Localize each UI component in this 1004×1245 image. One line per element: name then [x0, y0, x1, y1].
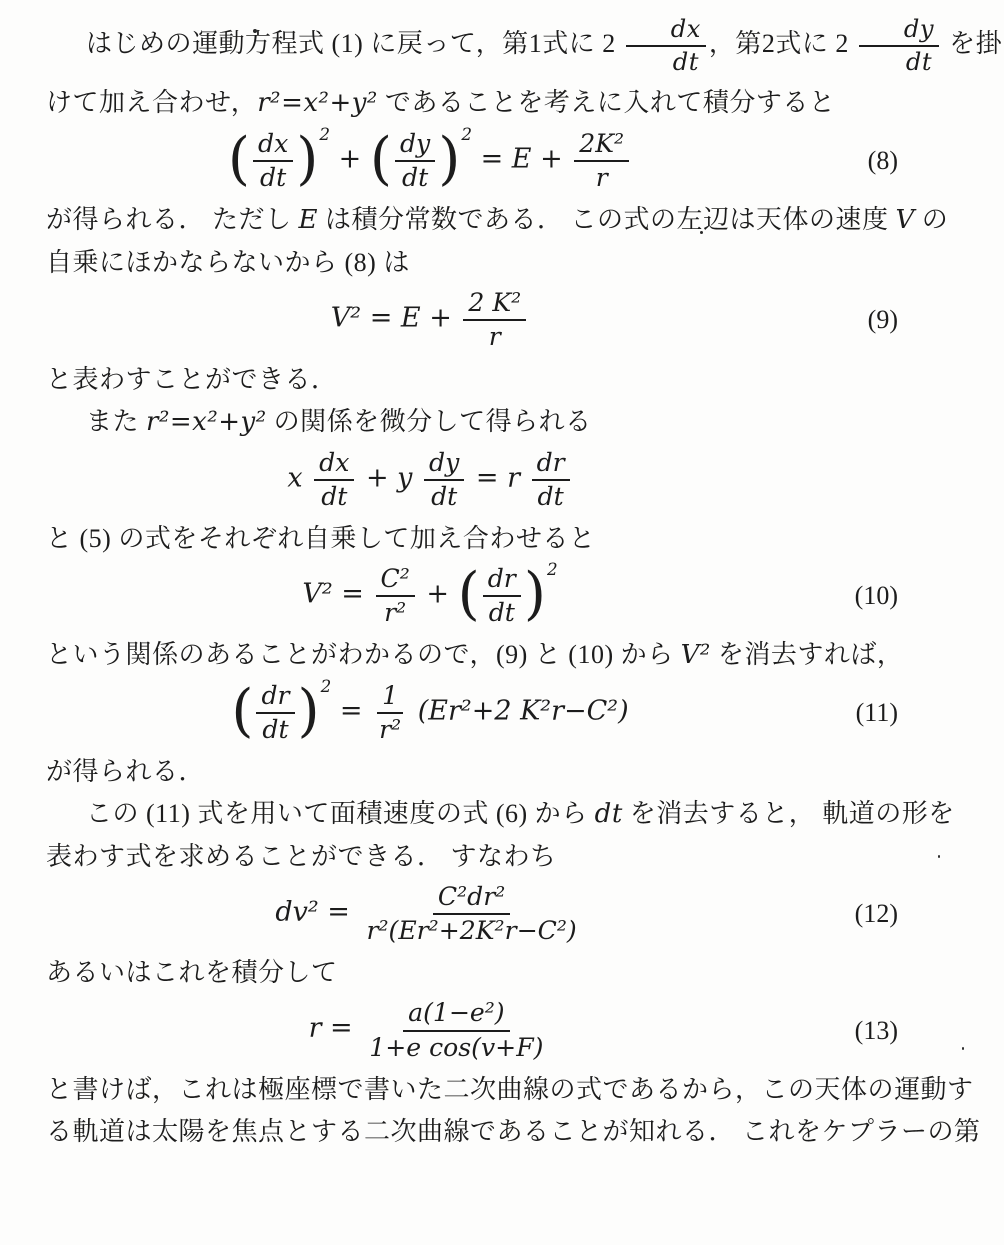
fraction: a(1−e²)1+e cos(v+F)	[364, 999, 548, 1061]
exponent: 2	[319, 124, 330, 144]
fraction-numerator: a(1−e²)	[403, 999, 510, 1031]
fraction-numerator: C²dr²	[433, 883, 510, 915]
equation-number: (9)	[868, 305, 898, 335]
fraction-numerator: 2 K²	[463, 289, 526, 321]
fraction-denominator: 1+e cos(v+F)	[364, 1032, 548, 1062]
fraction: drdt	[483, 565, 521, 627]
scan-speck	[938, 855, 940, 858]
text-line: る軌道は太陽を焦点とする二次曲線であることが知れる． これをケプラーの第	[46, 1116, 964, 1147]
text-line: が得られる． ただし E は積分常数である． この式の左辺は天体の速度 V の	[46, 204, 964, 236]
fraction: 2 K²r	[463, 289, 526, 351]
fraction-denominator: dt	[255, 162, 291, 192]
equation-row: r = a(1−e²)1+e cos(v+F)(13)	[46, 999, 964, 1061]
fraction-numerator: dy	[395, 130, 435, 162]
math-run: r²=x²+y²	[257, 88, 378, 118]
equation-number: (13)	[855, 1016, 898, 1046]
equation-row: (dxdt)2 + (dydt)2 = E + 2K²r(8)	[46, 130, 964, 192]
text-line: と (5) の式をそれぞれ自乗して加え合わせると	[46, 523, 964, 554]
equation-number: (11)	[856, 698, 898, 728]
text-run: という関係のあることがわかるので，(9) と (10) から	[46, 640, 681, 669]
math-run: V² = E +	[331, 303, 461, 334]
math-run: + y	[357, 462, 421, 493]
paren-fraction: (dxdt)2	[228, 130, 330, 192]
text-line: という関係のあることがわかるので，(9) と (10) から V² を消去すれば…	[46, 639, 964, 671]
fraction: dxdt	[253, 130, 293, 192]
equation-number: (12)	[855, 899, 898, 929]
text-run: と書けば，これは極座標で書いた二次曲線の式であるから，この天体の運動す	[46, 1075, 974, 1104]
scan-speck	[962, 1047, 964, 1050]
math-run: =	[331, 695, 371, 726]
text-run: が得られる． ただし	[46, 205, 299, 234]
equation: (dxdt)2 + (dydt)2 = E + 2K²r	[228, 130, 632, 192]
equation: x dxdt + y dydt = r drdt	[287, 449, 572, 511]
text-run: を消去すると， 軌道の形を	[623, 799, 955, 828]
text-line: が得られる．	[46, 756, 964, 787]
fraction-numerator: dr	[483, 565, 521, 597]
equation: (drdt)2 = 1r² (Er²+2 K²r−C²)	[231, 682, 628, 744]
exponent: 2	[461, 124, 472, 144]
text-run: であることを考えに入れて積分すると	[378, 88, 836, 117]
fraction-denominator: dt	[861, 47, 937, 76]
fraction-numerator: dy	[424, 449, 464, 481]
text-line: あるいはこれを積分して	[46, 957, 964, 988]
text-run: る軌道は太陽を焦点とする二次曲線であることが知れる． これをケプラーの第	[46, 1117, 981, 1146]
text-run: を消去すれば，	[711, 640, 904, 669]
equation-row: V² = E + 2 K²r(9)	[46, 289, 964, 351]
fraction: 2K²r	[574, 130, 629, 192]
math-run: +	[418, 578, 458, 609]
text-line: と表わすことができる．	[46, 364, 964, 395]
fraction: drdt	[256, 682, 294, 744]
text-run: 自乗にほかならないから (8) は	[46, 248, 410, 277]
fraction-denominator: dt	[533, 481, 569, 511]
math-run: r =	[309, 1013, 362, 1044]
text-line: 自乗にほかならないから (8) は	[46, 247, 964, 278]
fraction-denominator: r²	[379, 597, 411, 627]
page-content: はじめの運動方程式 (1) に戻って，第1式に 2 dxdt，第2式に 2 dy…	[46, 16, 964, 1147]
equation: dv² = C²dr²r²(Er²+2K²r−C²)	[275, 883, 584, 945]
text-run: けて加え合わせ，	[46, 88, 257, 117]
fraction-numerator: dx	[626, 16, 706, 47]
paren-fraction: (drdt)2	[458, 565, 558, 627]
fraction-denominator: dt	[316, 481, 352, 511]
equation-row: x dxdt + y dydt = r drdt	[46, 449, 964, 511]
fraction-numerator: dy	[859, 16, 939, 47]
fraction-numerator: C²	[376, 565, 415, 597]
text-run: の関係を微分して得られる	[267, 407, 592, 436]
text-run: と (5) の式をそれぞれ自乗して加え合わせると	[46, 524, 595, 553]
equation: V² = E + 2 K²r	[331, 289, 529, 351]
paren-fraction: (drdt)2	[231, 682, 331, 744]
text-run: が得られる．	[46, 757, 205, 786]
text-run: はじめの運動方程式 (1) に戻って，第1式に 2	[86, 29, 623, 58]
text-run: の	[915, 205, 949, 234]
math-run: E	[299, 205, 318, 235]
fraction: dydt	[395, 130, 435, 192]
fraction-numerator: 2K²	[574, 130, 629, 162]
text-run: は積分常数である． この式の左辺は天体の速度	[318, 205, 896, 234]
equation-number: (8)	[868, 146, 898, 176]
equation-row: V² = C²r² + (drdt)2(10)	[46, 565, 964, 627]
fraction: dydt	[859, 16, 939, 76]
math-run: r²=x²+y²	[146, 407, 267, 437]
equation-row: dv² = C²dr²r²(Er²+2K²r−C²)(12)	[46, 883, 964, 945]
exponent: 2	[321, 676, 332, 696]
math-run: x	[287, 462, 311, 493]
text-line: けて加え合わせ，r²=x²+y² であることを考えに入れて積分すると	[46, 87, 964, 119]
text-run: 表わす式を求めることができる． すなわち	[46, 842, 557, 871]
fraction-numerator: dx	[314, 449, 354, 481]
text-run: と表わすことができる．	[46, 365, 338, 394]
equation: r = a(1−e²)1+e cos(v+F)	[309, 999, 552, 1061]
math-run: = E +	[472, 143, 571, 174]
math-run: = r	[467, 462, 528, 493]
equation: V² = C²r² + (drdt)2	[302, 565, 557, 627]
fraction-denominator: r²(Er²+2K²r−C²)	[361, 915, 581, 945]
scanned-page: はじめの運動方程式 (1) に戻って，第1式に 2 dxdt，第2式に 2 dy…	[0, 0, 1004, 1245]
fraction: dxdt	[626, 16, 706, 76]
equation-number: (10)	[855, 581, 898, 611]
text-run: また	[86, 407, 146, 436]
fraction-numerator: dr	[532, 449, 570, 481]
fraction-denominator: dt	[426, 481, 462, 511]
fraction: C²dr²r²(Er²+2K²r−C²)	[361, 883, 581, 945]
math-run: V²	[681, 640, 711, 670]
scan-speck	[253, 29, 257, 33]
fraction-numerator: 1	[377, 682, 403, 714]
fraction-denominator: r	[591, 162, 613, 192]
fraction: drdt	[532, 449, 570, 511]
fraction-denominator: dt	[484, 597, 520, 627]
fraction: C²r²	[376, 565, 415, 627]
text-line: と書けば，これは極座標で書いた二次曲線の式であるから，この天体の運動す	[46, 1074, 964, 1105]
text-line: また r²=x²+y² の関係を微分して得られる	[46, 406, 964, 438]
math-run: dt	[595, 799, 623, 829]
fraction-numerator: dx	[253, 130, 293, 162]
fraction-denominator: r	[484, 321, 506, 351]
text-run: あるいはこれを積分して	[46, 958, 338, 987]
fraction-denominator: r²	[374, 714, 406, 744]
math-run: +	[330, 143, 370, 174]
math-run: (Er²+2 K²r−C²)	[409, 695, 628, 726]
text-line: 表わす式を求めることができる． すなわち	[46, 841, 964, 872]
fraction: dxdt	[314, 449, 354, 511]
math-run: V² =	[302, 578, 372, 609]
scan-speck	[700, 231, 703, 234]
paren-fraction: (dydt)2	[370, 130, 472, 192]
fraction: dydt	[424, 449, 464, 511]
text-run: この (11) 式を用いて面積速度の式 (6) から	[86, 799, 595, 828]
fraction-denominator: dt	[397, 162, 433, 192]
fraction-denominator: dt	[257, 714, 293, 744]
text-line: はじめの運動方程式 (1) に戻って，第1式に 2 dxdt，第2式に 2 dy…	[46, 16, 964, 76]
text-run: を掛	[942, 29, 1002, 58]
text-run: ，第2式に 2	[709, 29, 856, 58]
equation-row: (drdt)2 = 1r² (Er²+2 K²r−C²)(11)	[46, 682, 964, 744]
math-run: V	[896, 205, 915, 235]
fraction-denominator: dt	[628, 47, 704, 76]
text-line: この (11) 式を用いて面積速度の式 (6) から dt を消去すると， 軌道…	[46, 798, 964, 830]
fraction-numerator: dr	[256, 682, 294, 714]
exponent: 2	[547, 559, 558, 579]
math-run: dv² =	[275, 897, 358, 928]
fraction: 1r²	[374, 682, 406, 744]
